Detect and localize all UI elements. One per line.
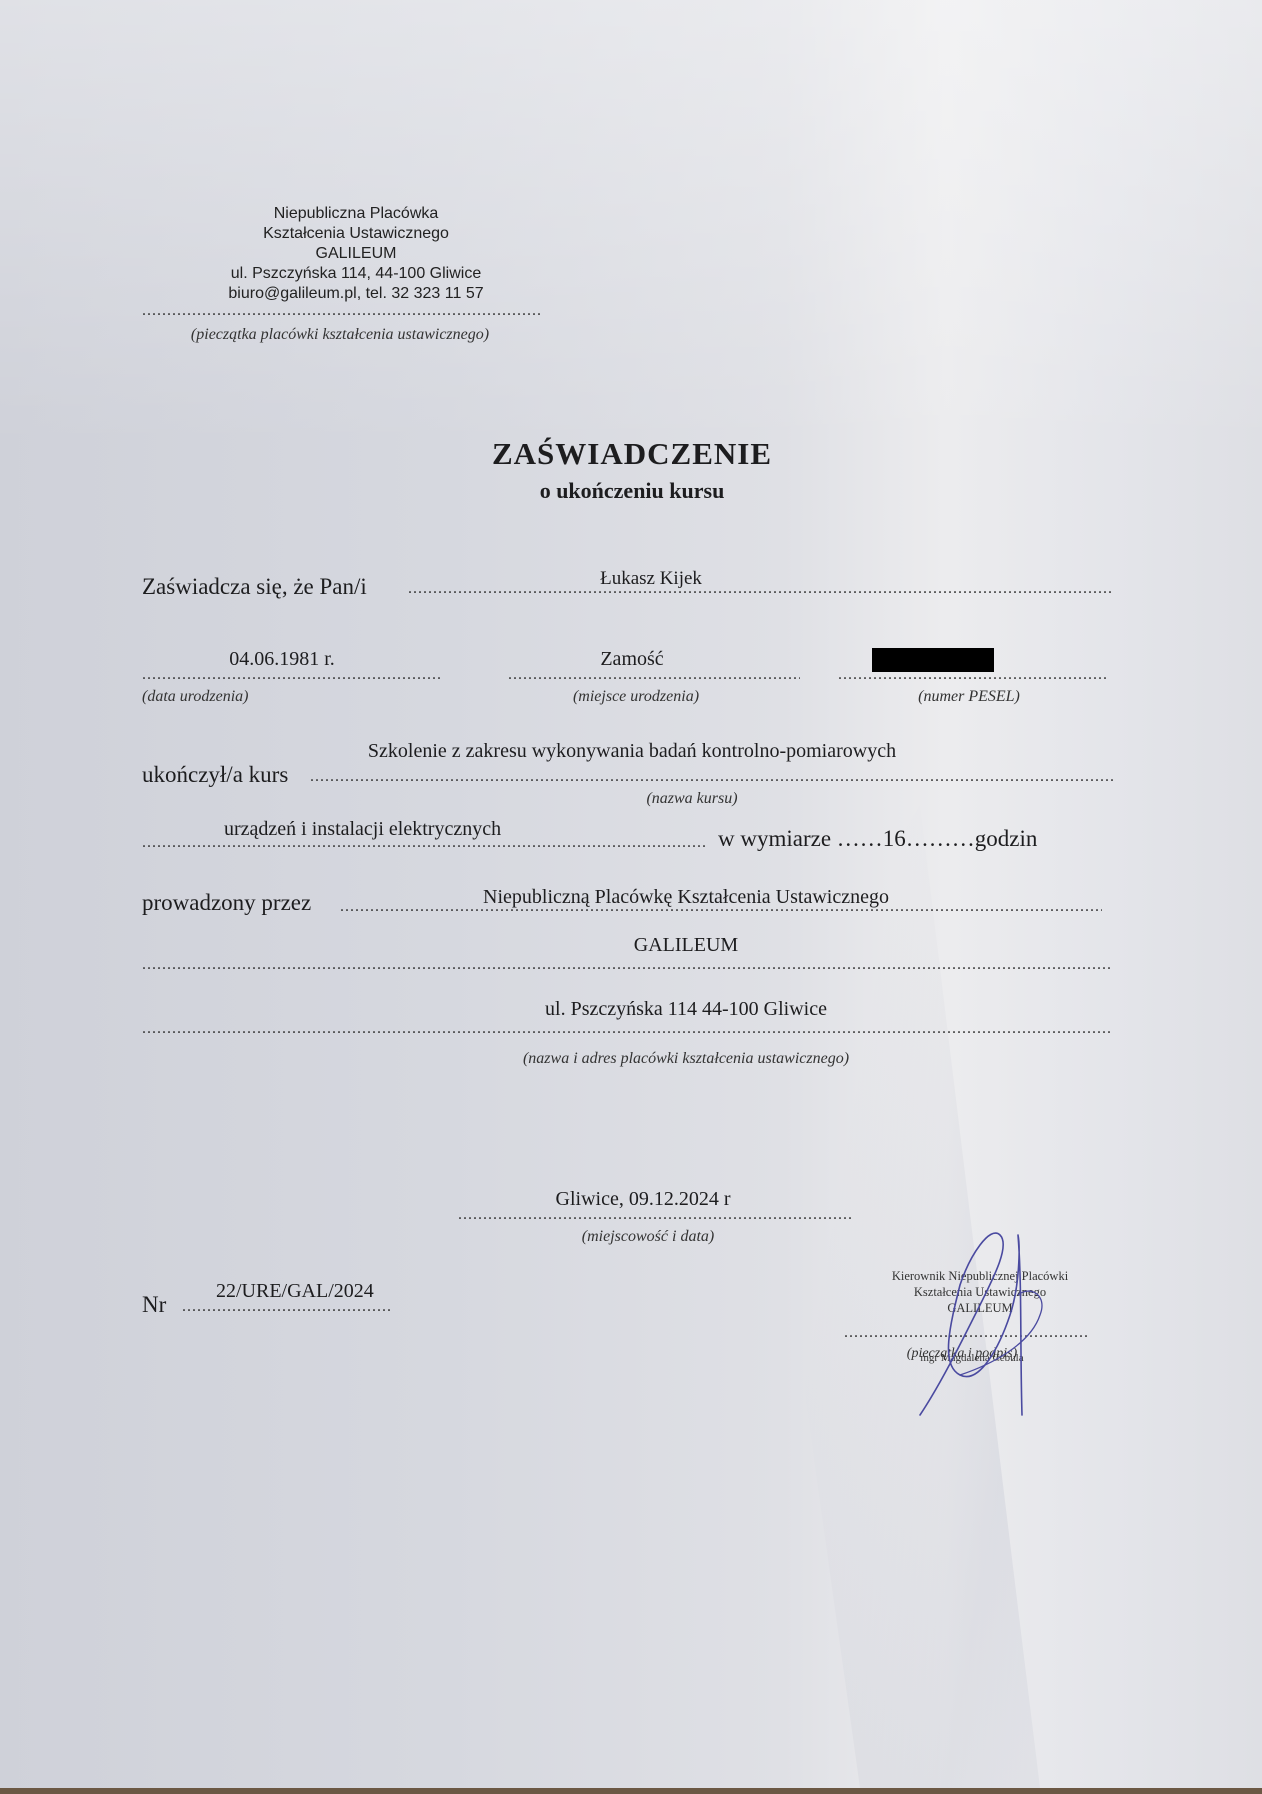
provider-caption: (nazwa i adres placówki kształcenia usta… (523, 1050, 849, 1068)
course-line2-dotted-line: ........................................… (142, 834, 707, 852)
stamp-line: ul. Pszczyńska 114, 44-100 Gliwice (228, 264, 483, 284)
birth-place-dotted-line: ........................................… (508, 666, 800, 684)
stamp-line: Kształcenia Ustawicznego (228, 224, 483, 244)
provider-line2-dotted-line: ........................................… (142, 956, 1112, 974)
course-name-caption: (nazwa kursu) (646, 790, 737, 808)
provider-name-line2: GALILEUM (634, 934, 738, 957)
table-surface (0, 1788, 1262, 1794)
hours-unit: godzin (975, 826, 1038, 851)
pesel-dotted-line: ........................................… (838, 666, 1108, 684)
stamp-line: Niepubliczna Placówka (228, 204, 483, 224)
provider-label: prowadzony przez (142, 890, 311, 916)
stamp-line: biuro@galileum.pl, tel. 32 323 11 57 (228, 284, 483, 304)
duration-label: w wymiarze (718, 826, 831, 851)
hours-dots-left: …… (837, 826, 883, 851)
place-date-dotted-line: ........................................… (458, 1206, 854, 1224)
number-label: Nr (142, 1292, 166, 1318)
provider-name: Niepubliczną Placówkę Kształcenia Ustawi… (483, 886, 889, 909)
stamp-dotted-line: ........................................… (142, 302, 542, 320)
certificate-number: 22/URE/GAL/2024 (216, 1280, 374, 1303)
document-subtitle: o ukończeniu kursu (540, 478, 725, 504)
course-name-line1: Szkolenie z zakresu wykonywania badań ko… (368, 740, 896, 763)
place-date-caption: (miejscowość i data) (582, 1228, 714, 1246)
course-hours: 16 (883, 826, 906, 851)
course-label: ukończył/a kurs (142, 762, 288, 788)
person-label: Zaświadcza się, że Pan/i (142, 574, 367, 600)
person-dotted-line: ........................................… (408, 580, 1113, 598)
person-name: Łukasz Kijek (600, 568, 702, 590)
birth-date-caption: (data urodzenia) (142, 688, 249, 706)
document-title: ZAŚWIADCZENIE (492, 436, 772, 472)
hours-dots-right: ……… (906, 826, 975, 851)
pesel-caption: (numer PESEL) (918, 688, 1020, 706)
birth-place-caption: (miejsce urodzenia) (573, 688, 699, 706)
stamp-caption: (pieczątka placówki kształcenia ustawicz… (191, 326, 489, 344)
course-dotted-line: ........................................… (310, 768, 1115, 786)
birth-date-dotted-line: ........................................… (142, 666, 442, 684)
institution-stamp: Niepubliczna Placówka Kształcenia Ustawi… (228, 204, 483, 304)
handwritten-signature (900, 1225, 1090, 1425)
provider-address: ul. Pszczyńska 114 44-100 Gliwice (545, 998, 827, 1021)
provider-line3-dotted-line: ........................................… (142, 1020, 1112, 1038)
stamp-line: GALILEUM (228, 244, 483, 264)
duration-row: w wymiarze ……16………godzin (718, 826, 1037, 852)
